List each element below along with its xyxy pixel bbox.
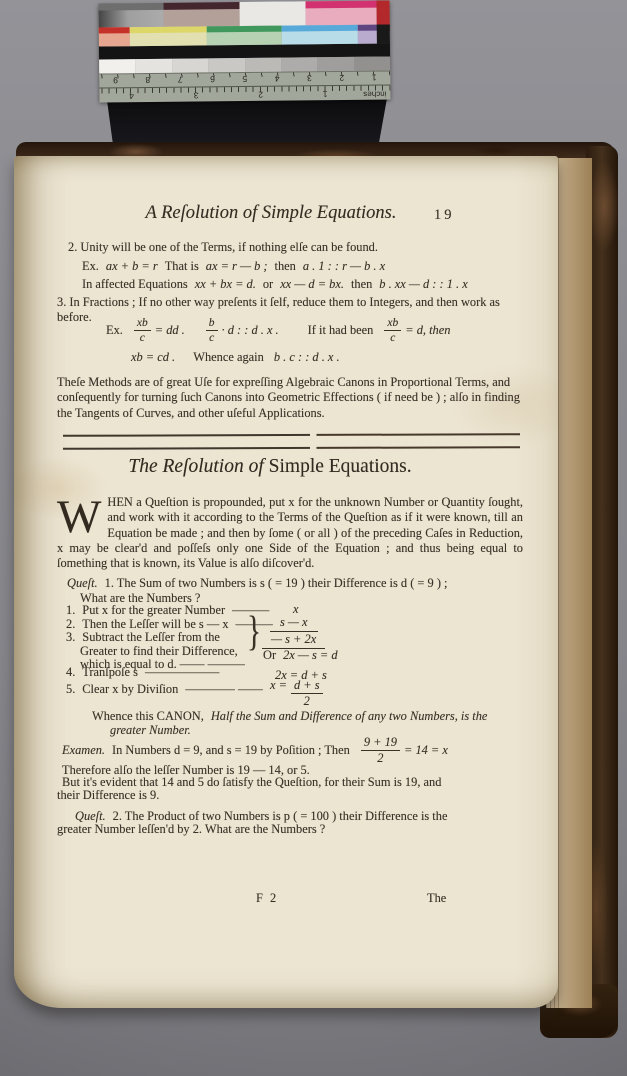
step-3-equation-2: Or2x — s = d xyxy=(263,649,338,663)
horizontal-rule xyxy=(63,446,520,450)
evidence-paragraph: But it's evident that 14 and 5 do ſatisf… xyxy=(57,776,522,802)
fraction: xbc xyxy=(134,317,151,344)
example-fractions-line: Ex. xbc = dd . bc · d : : d . x . If it … xyxy=(106,317,457,344)
fraction: bc xyxy=(206,317,218,344)
drop-cap: W xyxy=(57,495,107,537)
fraction: d + s2 xyxy=(291,679,323,708)
photo-scene: inches1234 123456789 A Reſolution of Sim… xyxy=(0,0,627,1076)
text-line: greater Number leſſen'd by 2. What are t… xyxy=(57,823,447,836)
question-1: Queſt.1. The Sum of two Numbers is s ( =… xyxy=(57,576,447,605)
opening-paragraph: W HEN a Queſtion is propounded, put x fo… xyxy=(57,495,523,572)
canon-statement: Whence this CANON,Half the Sum and Diffe… xyxy=(92,710,487,738)
examen-line: Examen. In Numbers d = 9, and s = 19 by … xyxy=(62,736,448,765)
section-heading: The Reſolution of Simple Equations. xyxy=(55,456,485,478)
signature-mark: F 2 xyxy=(256,891,278,906)
text-line: Queſt.1. The Sum of two Numbers is s ( =… xyxy=(67,576,447,591)
text-line: Ex.ax + b = rThat isax = r — b ;thena . … xyxy=(82,257,475,276)
text-line: their Difference is 9. xyxy=(57,789,522,802)
step-5-label: 5.Clear x by Diviſion———— —— xyxy=(66,683,263,697)
closing-paragraph: Theſe Methods are of great Uſe for expre… xyxy=(57,375,522,421)
step-4-label: 4.Tranſpoſe s—————— xyxy=(66,666,219,680)
text-line: Whence this CANON,Half the Sum and Diffe… xyxy=(92,710,487,724)
example-line-2: xb = cd . Whence again b . c : : d . x . xyxy=(131,350,347,365)
fraction: xbc xyxy=(384,317,401,344)
page-number: 19 xyxy=(434,207,455,224)
text-line: But it's evident that 14 and 5 do ſatisf… xyxy=(62,776,522,789)
text-line: In affected Equationsxx + bx = d.orxx — … xyxy=(82,275,475,294)
question-2: Queſt.2. The Product of two Numbers is p… xyxy=(57,810,447,836)
step-2-equation: s — x xyxy=(270,616,318,632)
text-line: 2. Unity will be one of the Terms, if no… xyxy=(68,238,475,257)
running-title: A Reſolution of Simple Equations. xyxy=(118,203,424,224)
step-3-equation-1: — s + 2x xyxy=(262,633,325,649)
reduction-item-2: 2. Unity will be one of the Terms, if no… xyxy=(68,238,475,294)
page-content: A Reſolution of Simple Equations. 19 2. … xyxy=(0,0,627,1076)
solution-steps: 1.Put x for the greater Number——— x 2.Th… xyxy=(62,602,522,714)
horizontal-rule xyxy=(63,433,520,437)
brace: } xyxy=(247,626,261,640)
step-5-equation: x = d + s2 xyxy=(270,679,327,708)
example-label: Ex. xyxy=(106,323,123,338)
step-1-label: 1.Put x for the greater Number——— xyxy=(66,604,269,618)
catchword: The xyxy=(427,891,446,906)
fraction: 9 + 192 xyxy=(361,736,400,765)
